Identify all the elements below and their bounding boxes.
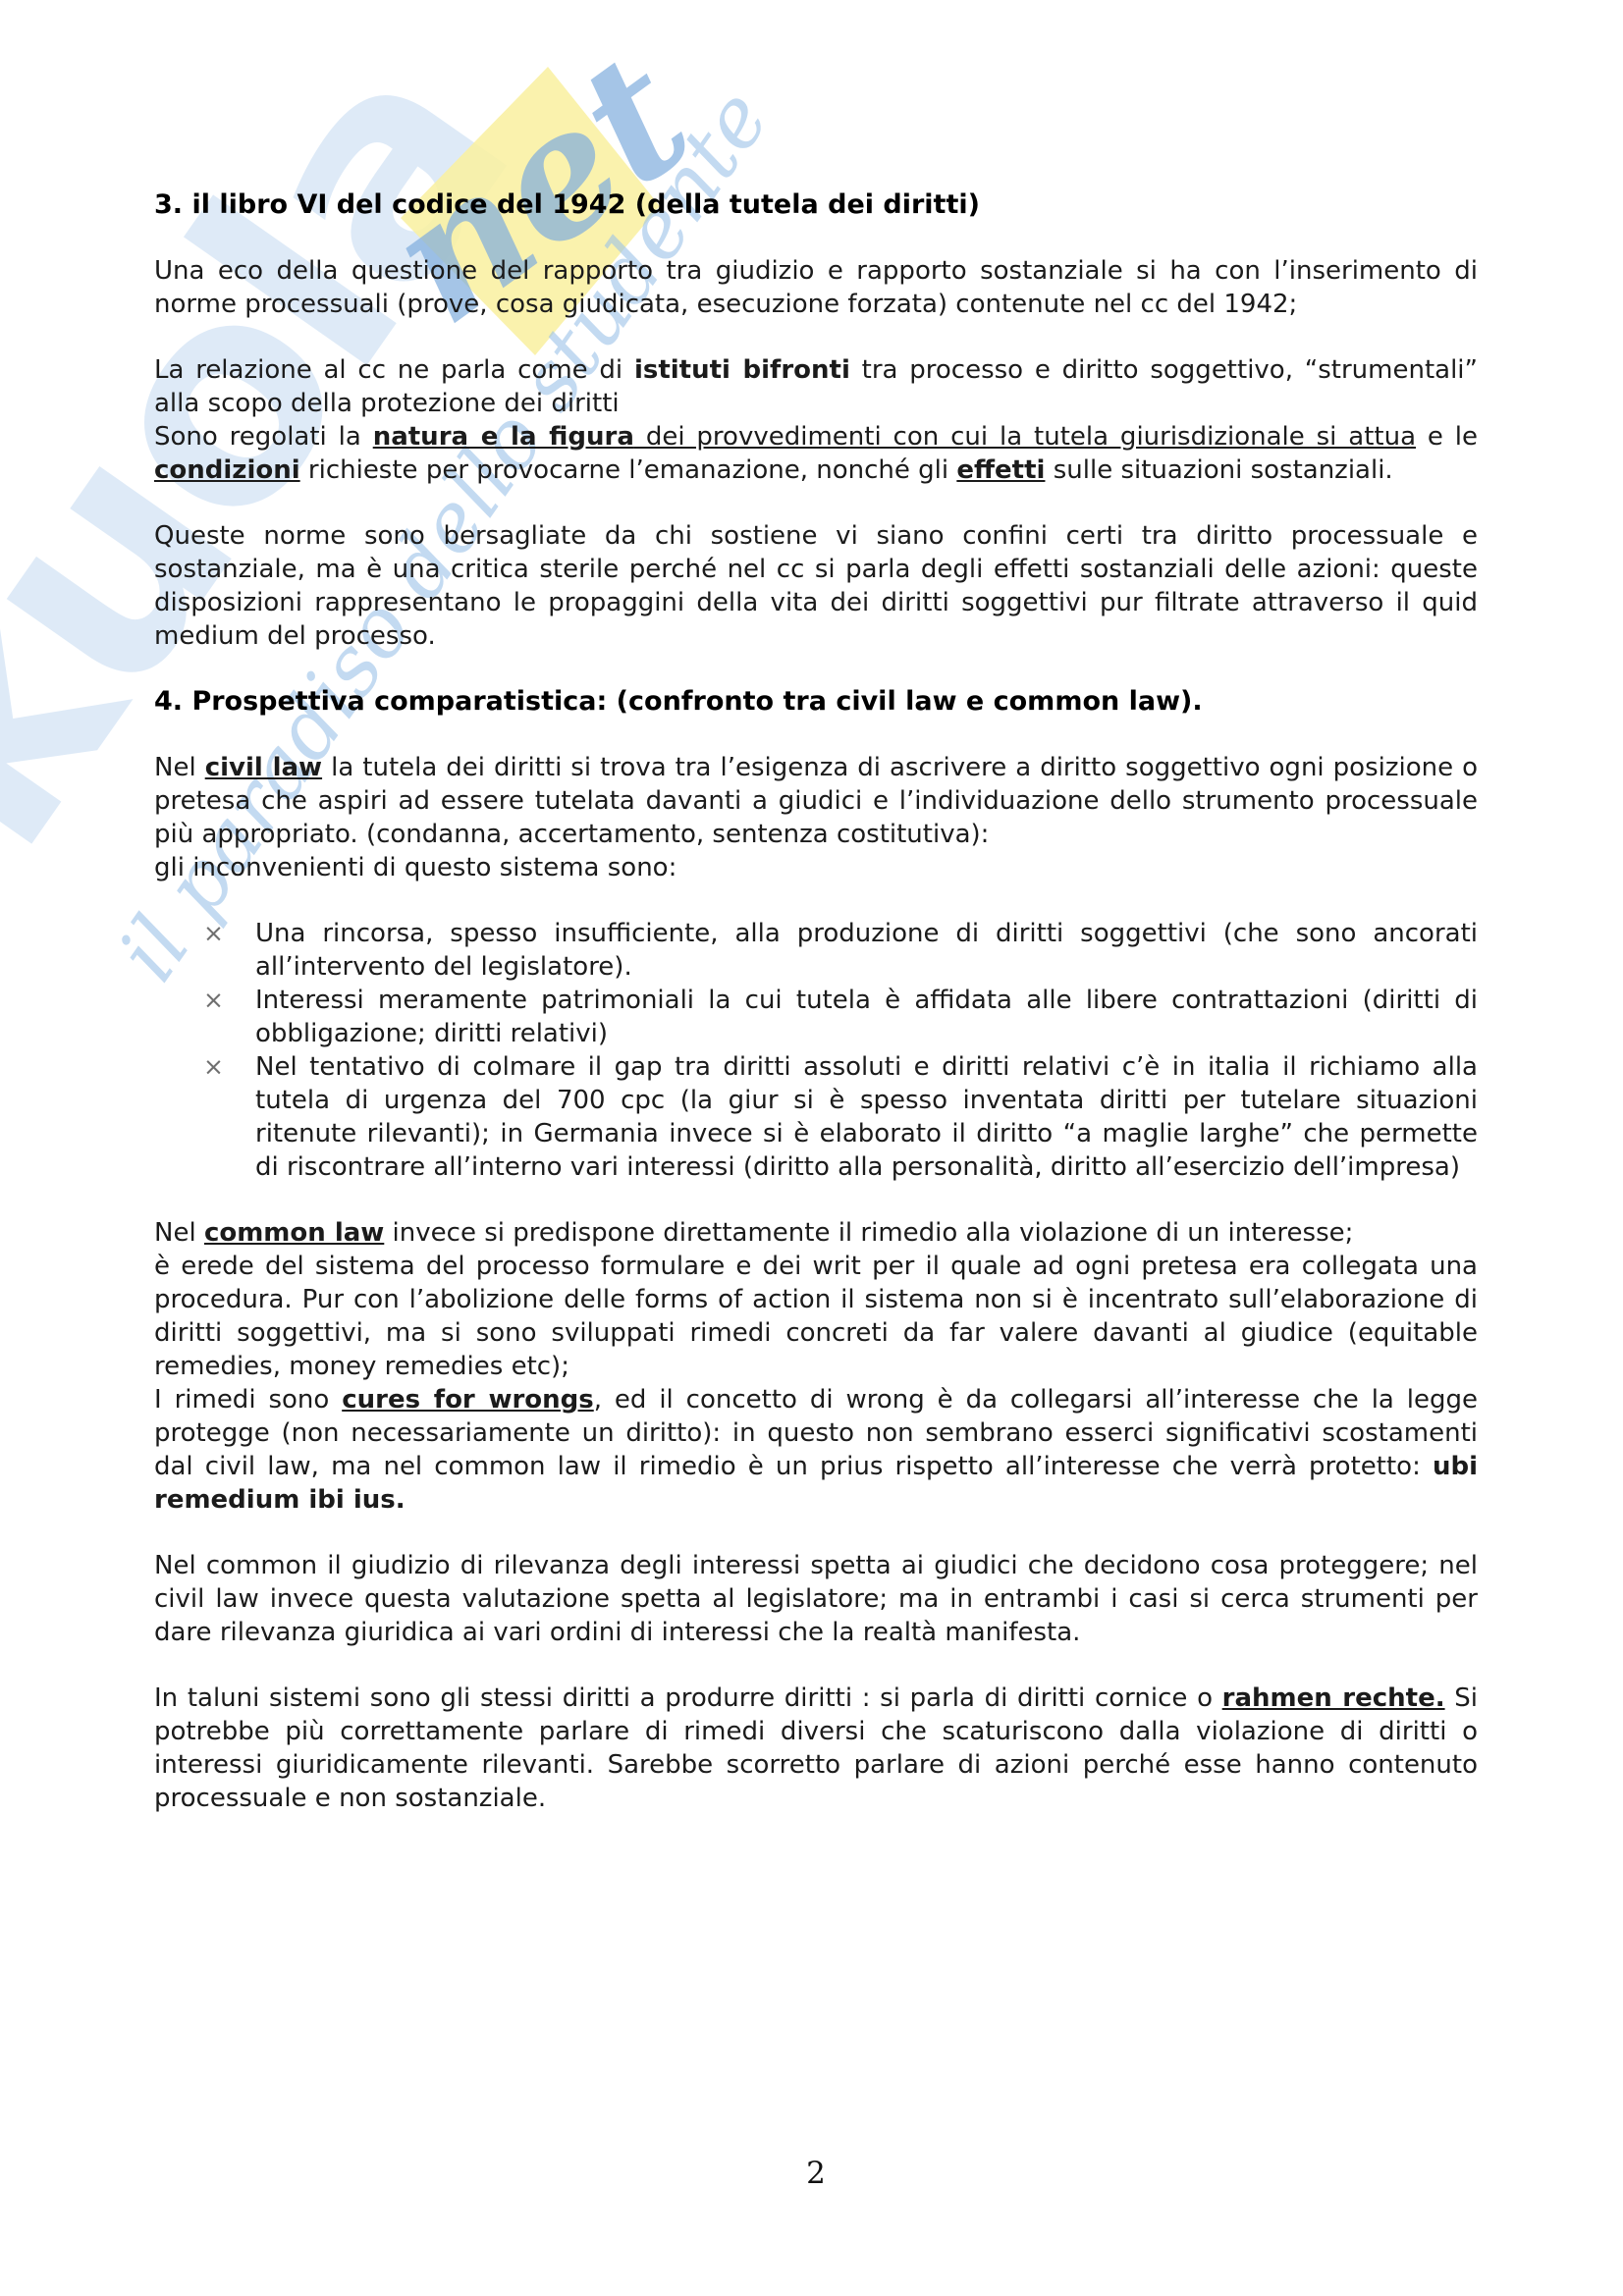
text-run: condizioni — [154, 455, 300, 485]
list-item: ×Interessi meramente patrimoniali la cui… — [154, 984, 1478, 1050]
text-run: Una eco della questione del rapporto tra… — [154, 256, 1478, 319]
paragraph-queste-norme: Queste norme sono bersagliate da chi sos… — [154, 519, 1478, 653]
list-item: ×Una rincorsa, spesso insufficiente, all… — [154, 917, 1478, 984]
text-run: Nel — [154, 1218, 204, 1248]
text-run: la tutela dei diritti si trova tra l’esi… — [154, 753, 1478, 849]
bullet-marker-icon: × — [203, 984, 224, 1017]
text-run: dei provvedimenti con cui la tutela giur… — [634, 422, 1416, 452]
text-run: cures for wrongs — [342, 1385, 594, 1415]
paragraph-cures-for-wrongs: I rimedi sono cures for wrongs, ed il co… — [154, 1383, 1478, 1517]
bullet-marker-icon: × — [203, 1050, 224, 1084]
list-item-text: Una rincorsa, spesso insufficiente, alla… — [255, 917, 1478, 984]
text-run: istituti bifronti — [634, 355, 850, 385]
paragraph-civil-law: Nel civil law la tutela dei diritti si t… — [154, 751, 1478, 851]
text-run: civil law — [205, 753, 322, 782]
text-run: Nel — [154, 753, 205, 782]
text-run: è erede del sistema del processo formula… — [154, 1252, 1478, 1381]
text-run: I rimedi sono — [154, 1385, 342, 1415]
text-run: rahmen rechte. — [1222, 1683, 1445, 1713]
bullet-marker-icon: × — [203, 917, 224, 950]
text-run: Nel tentativo di colmare il gap tra diri… — [255, 1052, 1478, 1182]
text-run: effetti — [956, 455, 1045, 485]
section-heading-4: 4. Prospettiva comparatistica: (confront… — [154, 685, 1478, 719]
paragraph-giudizio-rilevanza: Nel common il giudizio di rilevanza degl… — [154, 1549, 1478, 1649]
text-run: Nel common il giudizio di rilevanza degl… — [154, 1551, 1478, 1647]
text-run: e le — [1416, 422, 1478, 452]
text-run: Sono regolati la — [154, 422, 373, 452]
paragraph-natura-figura: Sono regolati la natura e la figura dei … — [154, 420, 1478, 487]
text-run: Interessi meramente patrimoniali la cui … — [255, 986, 1478, 1048]
paragraph-common-law: Nel common law invece si predispone dire… — [154, 1216, 1478, 1250]
paragraph-istituti-bifronti: La relazione al cc ne parla come di isti… — [154, 353, 1478, 420]
document-content: 3. il libro VI del codice del 1942 (dell… — [154, 188, 1478, 1847]
text-run: Queste norme sono bersagliate da chi sos… — [154, 521, 1478, 651]
paragraph-rahmen-rechte: In taluni sistemi sono gli stessi diritt… — [154, 1682, 1478, 1815]
section-heading-3: 3. il libro VI del codice del 1942 (dell… — [154, 188, 1478, 222]
text-run: La relazione al cc ne parla come di — [154, 355, 634, 385]
paragraph-inserimento: Una eco della questione del rapporto tra… — [154, 254, 1478, 321]
text-run: 4. Prospettiva comparatistica: (confront… — [154, 686, 1203, 717]
paragraph-writ: è erede del sistema del processo formula… — [154, 1250, 1478, 1383]
inconvenienti-list: ×Una rincorsa, spesso insufficiente, all… — [154, 917, 1478, 1184]
text-run: richieste per provocarne l’emanazione, n… — [300, 455, 957, 485]
list-item-text: Nel tentativo di colmare il gap tra diri… — [255, 1050, 1478, 1184]
text-run: In taluni sistemi sono gli stessi diritt… — [154, 1683, 1222, 1713]
paragraph-inconvenienti-intro: gli inconvenienti di questo sistema sono… — [154, 851, 1478, 884]
list-item-text: Interessi meramente patrimoniali la cui … — [255, 984, 1478, 1050]
text-run: Una rincorsa, spesso insufficiente, alla… — [255, 919, 1478, 982]
text-run: invece si predispone direttamente il rim… — [384, 1218, 1353, 1248]
text-run: sulle situazioni sostanziali. — [1045, 455, 1392, 485]
text-run: gli inconvenienti di questo sistema sono… — [154, 853, 676, 882]
document-page: skuola net il paradiso dello studente 3.… — [0, 0, 1623, 2296]
page-number: 2 — [154, 2156, 1478, 2191]
text-run: natura e la figura — [373, 422, 634, 452]
text-run: 3. il libro VI del codice del 1942 (dell… — [154, 189, 980, 220]
text-run: common law — [204, 1218, 384, 1248]
list-item: ×Nel tentativo di colmare il gap tra dir… — [154, 1050, 1478, 1184]
